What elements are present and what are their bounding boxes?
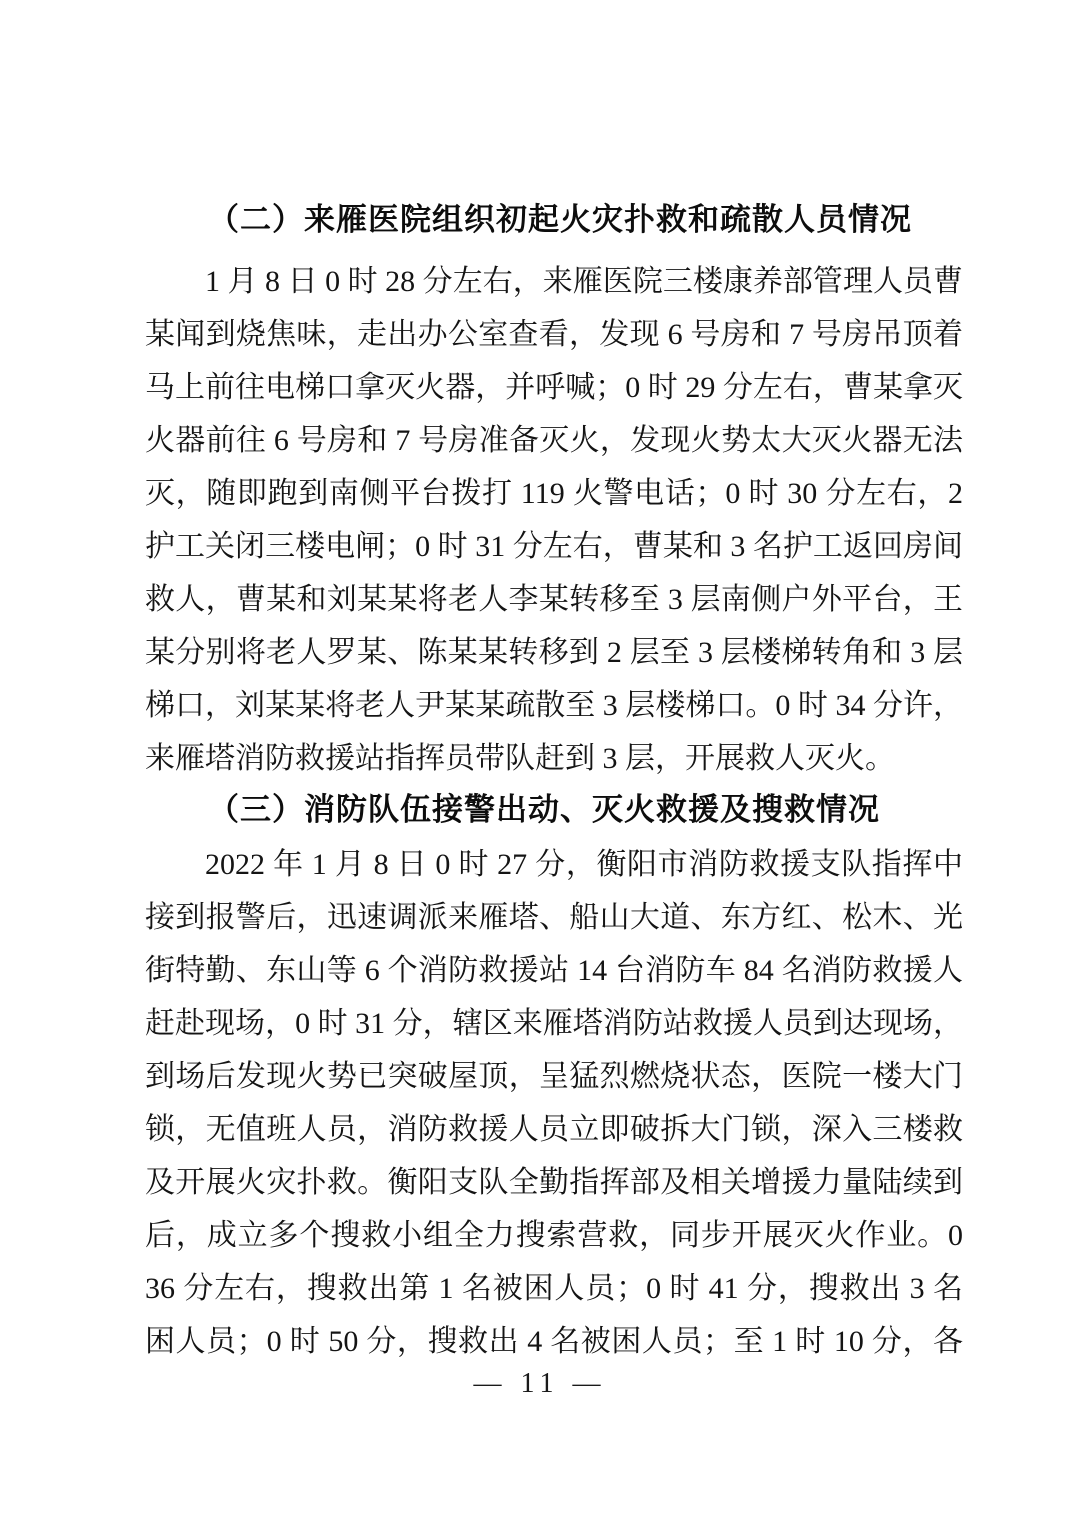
section-2-paragraph-line: 火器前往 6 号房和 7 号房准备灭火，发现火势太大灭火器无法扑 <box>145 414 963 467</box>
section-2-paragraph-line: 来雁塔消防救援站指挥员带队赶到 3 层，开展救人灭火。 <box>145 732 963 785</box>
section-3-paragraph-line: 及开展火灾扑救。衡阳支队全勤指挥部及相关增援力量陆续到场 <box>145 1156 963 1209</box>
section-2-paragraph-line: 某闻到烧焦味，走出办公室查看，发现 6 号房和 7 号房吊顶着火， <box>145 308 963 361</box>
section-2-heading: （二）来雁医院组织初起火灾扑救和疏散人员情况 <box>145 196 963 255</box>
section-2-paragraph-line: 救人，曹某和刘某某将老人李某转移至 3 层南侧户外平台，王某 <box>145 573 963 626</box>
section-2-paragraph-line: 梯口，刘某某将老人尹某某疏散至 3 层楼梯口。0 时 34 分许， <box>145 679 963 732</box>
section-3-paragraph-line: 36 分左右，搜救出第 1 名被困人员；0 时 41 分，搜救出 3 名被 <box>145 1262 963 1315</box>
section-3-paragraph-line: 后，成立多个搜救小组全力搜索营救，同步开展灭火作业。0 时 <box>145 1209 963 1262</box>
page-number: — 11 — <box>0 1368 1080 1400</box>
section-3-paragraph-line: 锁，无值班人员，消防救援人员立即破拆大门锁，深入三楼救人 <box>145 1103 963 1156</box>
section-2-paragraph-line: 护工关闭三楼电闸；0 时 31 分左右，曹某和 3 名护工返回房间 <box>145 520 963 573</box>
section-3-paragraph-line: 困人员；0 时 50 分，搜救出 4 名被困人员；至 1 时 10 分，各搜 <box>145 1315 963 1368</box>
section-3-heading: （三）消防队伍接警出动、灭火救援及搜救情况 <box>145 785 963 838</box>
section-3-paragraph-line: 赶赴现场，0 时 31 分，辖区来雁塔消防站救援人员到达现场， <box>145 997 963 1050</box>
document-text-block: （二）来雁医院组织初起火灾扑救和疏散人员情况 1 月 8 日 0 时 28 分左… <box>145 196 963 1368</box>
section-3-paragraph-line: 接到报警后，迅速调派来雁塔、船山大道、东方红、松木、光辉 <box>145 891 963 944</box>
section-3-paragraph-line: 到场后发现火势已突破屋顶，呈猛烈燃烧状态，医院一楼大门上 <box>145 1050 963 1103</box>
section-2-paragraph-line: 马上前往电梯口拿灭火器，并呼喊；0 时 29 分左右，曹某拿灭 <box>145 361 963 414</box>
document-page: （二）来雁医院组织初起火灾扑救和疏散人员情况 1 月 8 日 0 时 28 分左… <box>0 0 1080 1526</box>
section-2-paragraph-line: 1 月 8 日 0 时 28 分左右，来雁医院三楼康养部管理人员曹 <box>145 255 963 308</box>
section-3-paragraph-line: 街特勤、东山等 6 个消防救援站 14 台消防车 84 名消防救援人员 <box>145 944 963 997</box>
section-2-paragraph-line: 灭，随即跑到南侧平台拨打 119 火警电话；0 时 30 分左右，2 名 <box>145 467 963 520</box>
section-2-paragraph-line: 某分别将老人罗某、陈某某转移到 2 层至 3 层楼梯转角和 3 层楼 <box>145 626 963 679</box>
section-3-paragraph-line: 2022 年 1 月 8 日 0 时 27 分，衡阳市消防救援支队指挥中心 <box>145 838 963 891</box>
